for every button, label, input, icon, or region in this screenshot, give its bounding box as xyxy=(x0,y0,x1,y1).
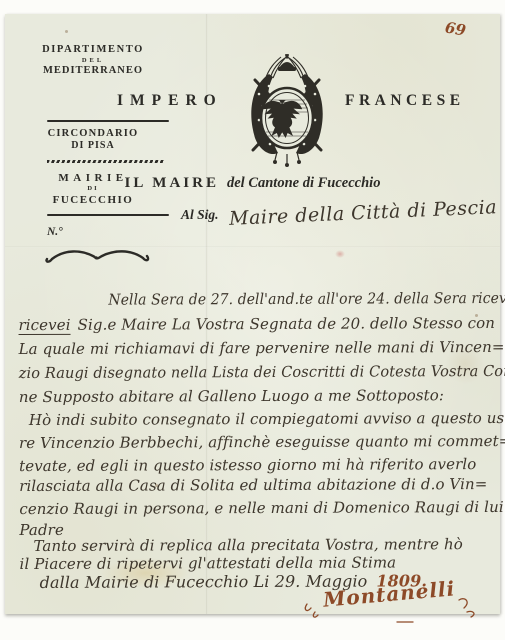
body-line: cenzio Raugi in persona, e nelle mani di… xyxy=(19,498,503,518)
department-line: MEDITERRANEO xyxy=(23,65,163,76)
mairie-line: FUCECCHIO xyxy=(23,194,163,206)
crest-crown xyxy=(278,54,296,71)
office-title-caps: IL MAIRE xyxy=(125,175,219,191)
body-line: Hò indi subito consegnato il compiegatom… xyxy=(29,409,505,429)
body-line: riceveiSig.e Maire La Vostra Segnata de … xyxy=(18,314,495,334)
letter-paper: 69 DIPARTIMENTO DEL MEDITERRANEO CIRCOND… xyxy=(5,14,500,614)
inserted-word: ricevei xyxy=(18,316,70,335)
body-line: rilasciata alla Casa di Solita ed ultima… xyxy=(19,475,487,495)
divider-rule xyxy=(47,214,169,216)
body-line: il Piacere di ripetervi gl'attestati del… xyxy=(19,553,396,573)
body-line: Tanto servirà di replica alla precitata … xyxy=(33,535,462,555)
number-label: N.° xyxy=(47,226,63,238)
paper-stain xyxy=(335,250,345,258)
department-line: DEL xyxy=(23,57,163,64)
address-handwritten: Maire della Città di Pescia xyxy=(228,196,497,230)
office-title: IL MAIRE del Cantone di Fucecchio xyxy=(5,174,500,192)
letter-body: Nella Sera de 27. dell'and.te all'ore 24… xyxy=(16,281,499,599)
address-line: Al Sig. Maire della Città di Pescia xyxy=(181,202,497,224)
body-line: ne Supposto abitare al Galleno Luogo a m… xyxy=(19,386,444,406)
address-printed-prefix: Al Sig. xyxy=(181,207,219,222)
dashed-divider xyxy=(47,160,165,163)
empire-banner-right: FRANCESE xyxy=(345,92,465,110)
body-line: tevate, ed egli in questo istesso giorno… xyxy=(19,455,476,475)
catalog-number: 69 xyxy=(444,18,467,39)
imperial-eagle-crest-icon xyxy=(239,54,335,172)
body-line-text: Sig.e Maire La Vostra Segnata de 20. del… xyxy=(78,314,495,334)
district-line: DI PISA xyxy=(23,140,163,151)
letterhead-left-block: DIPARTIMENTO DEL MEDITERRANEO CIRCONDARI… xyxy=(23,44,163,76)
empire-banner-left: IMPERO xyxy=(117,92,223,110)
district-line: CIRCONDARIO xyxy=(23,128,163,139)
department-line: DIPARTIMENTO xyxy=(23,44,163,55)
decorative-brace xyxy=(43,246,151,266)
divider-rule xyxy=(47,120,169,122)
body-line: Nella Sera de 27. dell'and.te all'ore 24… xyxy=(108,289,505,309)
body-line: re Vincenzio Berbbechi, affinchè eseguis… xyxy=(19,432,505,452)
body-line: La quale mi richiamavi di fare pervenire… xyxy=(19,338,505,358)
scanned-document: 69 DIPARTIMENTO DEL MEDITERRANEO CIRCOND… xyxy=(0,0,505,640)
foxing-speck xyxy=(65,30,68,33)
office-title-rest: del Cantone di Fucecchio xyxy=(227,175,380,191)
body-line: zio Raugi disegnato nella Lista dei Cosc… xyxy=(19,362,505,382)
crest-tassels xyxy=(274,152,301,166)
